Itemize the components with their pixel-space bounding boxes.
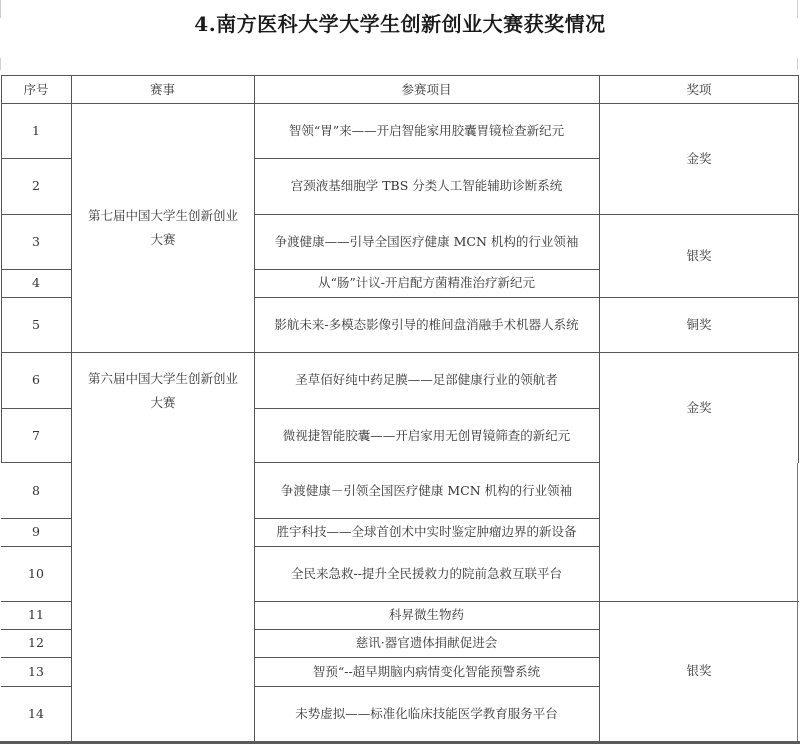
row-serial: 10: [1, 546, 71, 601]
row-serial: 1: [1, 103, 71, 158]
row-divider: [254, 657, 599, 658]
project-cell: 智预“--超早期脑内病情变化智能预警系统: [254, 657, 599, 686]
event-cell-7th: 第七届中国大学生创新创业大赛: [78, 103, 248, 352]
row-divider: [254, 518, 599, 519]
table-border: [1, 75, 2, 463]
column-divider: [254, 75, 255, 741]
row-divider: [254, 601, 799, 602]
row-divider: [254, 269, 599, 270]
row-divider: [254, 546, 599, 547]
project-cell: 慈讯·器官遗体捐献促进会: [254, 629, 599, 657]
project-cell: 宫颈液基细胞学 TBS 分类人工智能辅助诊断系统: [254, 158, 599, 214]
award-cell-gold: 金奖: [599, 103, 799, 214]
project-cell: 争渡健康——引导全国医疗健康 MCN 机构的行业领袖: [254, 214, 599, 269]
row-divider: [254, 462, 600, 463]
row-divider: [1, 462, 71, 463]
row-serial: 11: [1, 601, 71, 629]
project-cell: 智领“胃”来——开启智能家用胶囊胃镜检查新纪元: [254, 103, 599, 158]
event-cell-6th: 第六届中国大学生创新创业大赛: [78, 367, 248, 427]
row-divider: [1, 601, 71, 602]
table-border: [1, 103, 799, 104]
project-cell: 圣草佰好纯中药足膜——足部健康行业的领航者: [254, 352, 599, 408]
row-divider: [1, 214, 71, 215]
row-serial: 12: [1, 629, 71, 657]
project-cell: 胜宇科技——全球首创术中实时鉴定肿瘤边界的新设备: [254, 518, 599, 546]
table-border: [798, 75, 799, 463]
project-cell: 从“肠”计议-开启配方菌精准治疗新纪元: [254, 269, 599, 297]
row-divider: [1, 518, 71, 519]
row-divider: [1, 657, 71, 658]
column-divider: [71, 75, 72, 741]
row-serial: 3: [1, 214, 71, 269]
row-divider: [254, 408, 599, 409]
project-cell: 科昇微生物药: [254, 601, 599, 629]
award-cell-bronze: 铜奖: [599, 297, 799, 352]
row-serial: 4: [1, 269, 71, 297]
project-cell: 影航未来-多模态影像引导的椎间盘消融手术机器人系统: [254, 297, 599, 352]
table-border: [797, 463, 798, 741]
row-divider: [1, 629, 71, 630]
project-cell: 微视捷智能胶囊——开启家用无创胃镜筛查的新纪元: [254, 408, 599, 463]
row-divider: [1, 686, 71, 687]
row-divider: [1, 546, 71, 547]
project-cell: 未势虚拟——标准化临床技能医学教育服务平台: [254, 686, 599, 741]
row-divider: [1, 297, 71, 298]
award-cell-silver: 银奖: [599, 214, 799, 297]
row-divider: [1, 408, 71, 409]
row-serial: 14: [1, 686, 71, 741]
row-divider: [254, 297, 799, 298]
header-serial: 序号: [1, 76, 71, 103]
row-serial: 2: [1, 158, 71, 214]
row-divider: [254, 158, 599, 159]
row-serial: 13: [1, 657, 71, 686]
table-border: [1, 75, 799, 76]
row-serial: 9: [1, 518, 71, 546]
project-cell: 争渡健康－引领全国医疗健康 MCN 机构的行业领袖: [254, 463, 599, 518]
row-divider: [254, 214, 799, 215]
row-divider: [1, 269, 71, 270]
row-serial: 5: [1, 297, 71, 352]
header-project: 参赛项目: [254, 76, 599, 103]
row-serial: 8: [1, 463, 71, 518]
award-cell-gold: 金奖: [599, 352, 799, 463]
row-divider: [254, 629, 599, 630]
award-cell-silver: 银奖: [599, 601, 799, 741]
row-divider: [1, 158, 71, 159]
page-corner-mark: [0, 58, 3, 70]
row-divider: [254, 686, 599, 687]
row-serial: 7: [1, 408, 71, 463]
header-event: 赛事: [71, 76, 254, 103]
row-serial: 6: [1, 352, 71, 408]
row-divider: [1, 352, 799, 353]
header-award: 奖项: [599, 76, 799, 103]
column-divider: [599, 75, 600, 741]
document-title: 4.南方医科大学大学生创新创业大赛获奖情况: [0, 8, 800, 37]
project-cell: 全民来急救--提升全民援救力的院前急救互联平台: [254, 546, 599, 601]
